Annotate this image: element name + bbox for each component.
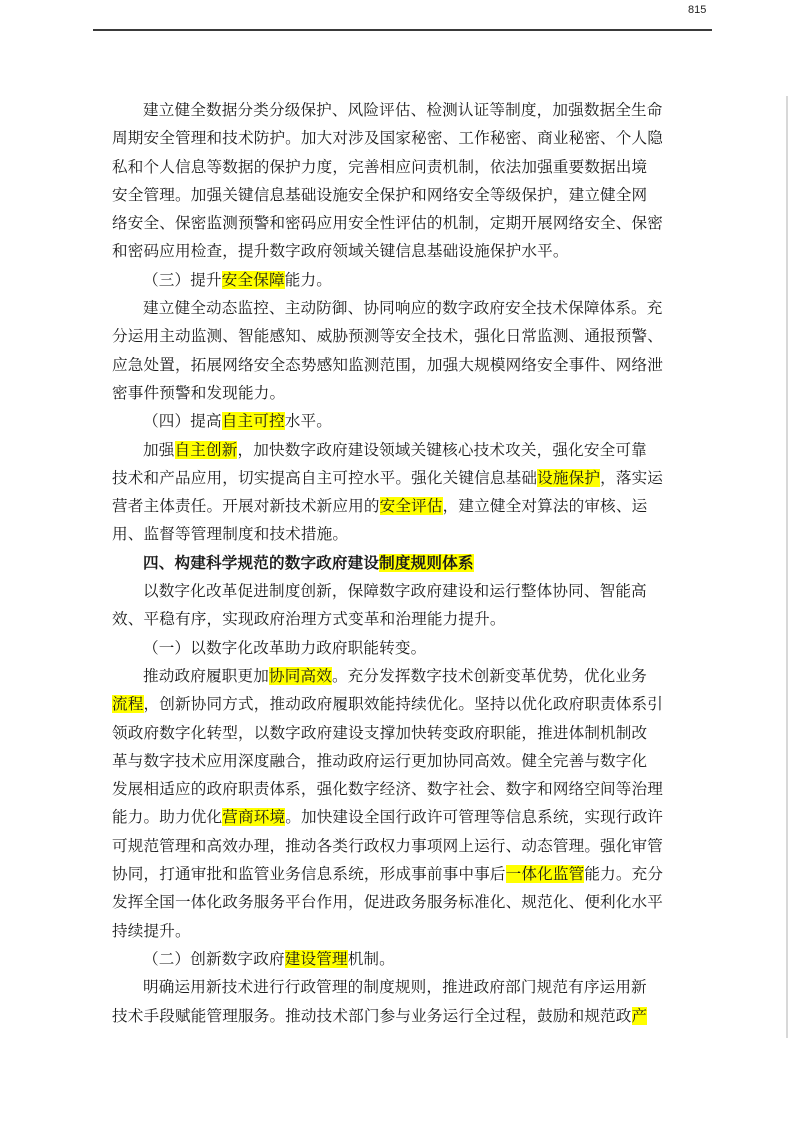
text-span: 建立健全数据分类分级保护、风险评估、检测认证等制度，加强数据全生命 xyxy=(143,101,663,119)
text-span: 用、监督等管理制度和技术措施。 xyxy=(112,525,348,543)
text-span: 四、构建科学规范的数字政府建设 xyxy=(143,554,379,572)
text-span: 机制。 xyxy=(348,950,395,968)
text-span: ，加快数字政府建设领域关键核心技术攻关，强化安全可靠 xyxy=(237,441,646,459)
subsection-heading: （四）提高自主可控水平。 xyxy=(112,407,662,435)
text-span: 能力。 xyxy=(285,271,332,289)
highlighted-text: 营商环境 xyxy=(222,808,285,826)
text-span: 安全管理。加强关键信息基础设施安全保护和网络安全等级保护，建立健全网 xyxy=(112,186,647,204)
text-line: 营者主体责任。开展对新技术新应用的安全评估，建立健全对算法的审核、运 xyxy=(112,492,662,520)
text-line: 发挥全国一体化政务服务平台作用，促进政务服务标准化、规范化、便利化水平 xyxy=(112,888,662,916)
text-span: 应急处置，拓展网络安全态势感知监测范围，加强大规模网络安全事件、网络泄 xyxy=(112,356,663,374)
highlighted-text: 制度规则体系 xyxy=(379,554,473,572)
text-line: 以数字化改革促进制度创新，保障数字政府建设和运行整体协同、智能高 xyxy=(112,577,662,605)
text-line: 革与数字技术应用深度融合，推动政府运行更加协同高效。健全完善与数字化 xyxy=(112,747,662,775)
highlighted-text: 自主创新 xyxy=(175,441,238,459)
highlighted-text: 设施保护 xyxy=(537,469,600,487)
text-line: 分运用主动监测、智能感知、威胁预测等安全技术，强化日常监测、通报预警、 xyxy=(112,322,662,350)
text-span: 推动政府履职更加 xyxy=(143,667,269,685)
text-line: 发展相适应的政府职责体系，强化数字经济、数字社会、数字和网络空间等治理 xyxy=(112,775,662,803)
text-span: （一）以数字化改革助力政府职能转变。 xyxy=(143,639,426,657)
text-span: 发展相适应的政府职责体系，强化数字经济、数字社会、数字和网络空间等治理 xyxy=(112,780,663,798)
text-span: 持续提升。 xyxy=(112,922,191,940)
text-span: 和密码应用检查，提升数字政府领域关键信息基础设施保护水平。 xyxy=(112,242,569,260)
text-span: 络安全、保密监测预警和密码应用安全性评估的机制，定期开展网络安全、保密 xyxy=(112,214,663,232)
text-span: 。充分发挥数字技术创新变革优势，优化业务 xyxy=(332,667,647,685)
text-line: 可规范管理和高效办理，推动各类行政权力事项网上运行、动态管理。强化审管 xyxy=(112,832,662,860)
header-rule xyxy=(93,29,712,31)
text-line: 技术和产品应用，切实提高自主可控水平。强化关键信息基础设施保护，落实运 xyxy=(112,464,662,492)
text-span: 。加快建设全国行政许可管理等信息系统，实现行政许 xyxy=(285,808,663,826)
highlighted-text: 一体化监管 xyxy=(506,865,585,883)
document-body: 建立健全数据分类分级保护、风险评估、检测认证等制度，加强数据全生命周期安全管理和… xyxy=(112,96,662,1030)
text-line: 密事件预警和发现能力。 xyxy=(112,379,662,407)
text-line: 加强自主创新，加快数字政府建设领域关键核心技术攻关，强化安全可靠 xyxy=(112,436,662,464)
text-span: 营者主体责任。开展对新技术新应用的 xyxy=(112,497,380,515)
text-line: 推动政府履职更加协同高效。充分发挥数字技术创新变革优势，优化业务 xyxy=(112,662,662,690)
highlighted-text: 协同高效 xyxy=(269,667,332,685)
text-span: 技术和产品应用，切实提高自主可控水平。强化关键信息基础 xyxy=(112,469,537,487)
text-span: （三）提升 xyxy=(143,271,222,289)
text-span: 明确运用新技术进行行政管理的制度规则，推进政府部门规范有序运用新 xyxy=(143,978,647,996)
highlighted-text: 安全评估 xyxy=(380,497,443,515)
highlighted-text: 安全保障 xyxy=(222,271,285,289)
text-span: 建立健全动态监控、主动防御、协同响应的数字政府安全技术保障体系。充 xyxy=(143,299,663,317)
text-line: 私和个人信息等数据的保护力度，完善相应问责机制，依法加强重要数据出境 xyxy=(112,153,662,181)
text-span: 分运用主动监测、智能感知、威胁预测等安全技术，强化日常监测、通报预警、 xyxy=(112,327,663,345)
page-edge-line xyxy=(786,96,788,1038)
text-span: 能力。助力优化 xyxy=(112,808,222,826)
text-span: 革与数字技术应用深度融合，推动政府运行更加协同高效。健全完善与数字化 xyxy=(112,752,647,770)
text-line: 能力。助力优化营商环境。加快建设全国行政许可管理等信息系统，实现行政许 xyxy=(112,803,662,831)
text-span: 水平。 xyxy=(285,412,332,430)
text-line: 和密码应用检查，提升数字政府领域关键信息基础设施保护水平。 xyxy=(112,237,662,265)
text-span: 效、平稳有序，实现政府治理方式变革和治理能力提升。 xyxy=(112,610,506,628)
text-span: 以数字化改革促进制度创新，保障数字政府建设和运行整体协同、智能高 xyxy=(143,582,647,600)
text-span: ，创新协同方式，推动政府履职效能持续优化。坚持以优化政府职责体系引 xyxy=(144,695,664,713)
text-span: 私和个人信息等数据的保护力度，完善相应问责机制，依法加强重要数据出境 xyxy=(112,158,647,176)
text-span: 发挥全国一体化政务服务平台作用，促进政务服务标准化、规范化、便利化水平 xyxy=(112,893,663,911)
subsection-heading: （三）提升安全保障能力。 xyxy=(112,266,662,294)
text-line: 络安全、保密监测预警和密码应用安全性评估的机制，定期开展网络安全、保密 xyxy=(112,209,662,237)
text-line: 建立健全数据分类分级保护、风险评估、检测认证等制度，加强数据全生命 xyxy=(112,96,662,124)
section-heading: 四、构建科学规范的数字政府建设制度规则体系 xyxy=(112,549,662,577)
text-line: 周期安全管理和技术防护。加大对涉及国家秘密、工作秘密、商业秘密、个人隐 xyxy=(112,124,662,152)
text-span: ，落实运 xyxy=(600,469,663,487)
text-line: 流程，创新协同方式，推动政府履职效能持续优化。坚持以优化政府职责体系引 xyxy=(112,690,662,718)
subsection-heading: （一）以数字化改革助力政府职能转变。 xyxy=(112,634,662,662)
page-number: 815 xyxy=(688,4,706,16)
text-line: 明确运用新技术进行行政管理的制度规则，推进政府部门规范有序运用新 xyxy=(112,973,662,1001)
text-line: 用、监督等管理制度和技术措施。 xyxy=(112,520,662,548)
text-line: 应急处置，拓展网络安全态势感知监测范围，加强大规模网络安全事件、网络泄 xyxy=(112,351,662,379)
text-span: 领政府数字化转型，以数字政府建设支撑加快转变政府职能，推进体制机制改 xyxy=(112,724,647,742)
text-span: 可规范管理和高效办理，推动各类行政权力事项网上运行、动态管理。强化审管 xyxy=(112,837,663,855)
text-span: 周期安全管理和技术防护。加大对涉及国家秘密、工作秘密、商业秘密、个人隐 xyxy=(112,129,663,147)
text-span: 密事件预警和发现能力。 xyxy=(112,384,285,402)
text-span: 协同，打通审批和监管业务信息系统，形成事前事中事后 xyxy=(112,865,506,883)
highlighted-text: 流程 xyxy=(112,695,144,713)
text-span: ，建立健全对算法的审核、运 xyxy=(443,497,648,515)
text-span: （二）创新数字政府 xyxy=(143,950,285,968)
text-span: 技术手段赋能管理服务。推动技术部门参与业务运行全过程，鼓励和规范政 xyxy=(112,1007,632,1025)
text-line: 持续提升。 xyxy=(112,917,662,945)
highlighted-text: 自主可控 xyxy=(222,412,285,430)
text-line: 效、平稳有序，实现政府治理方式变革和治理能力提升。 xyxy=(112,605,662,633)
highlighted-text: 建设管理 xyxy=(285,950,348,968)
text-line: 建立健全动态监控、主动防御、协同响应的数字政府安全技术保障体系。充 xyxy=(112,294,662,322)
highlighted-text: 产 xyxy=(632,1007,648,1025)
text-line: 安全管理。加强关键信息基础设施安全保护和网络安全等级保护，建立健全网 xyxy=(112,181,662,209)
text-span: 加强 xyxy=(143,441,175,459)
subsection-heading: （二）创新数字政府建设管理机制。 xyxy=(112,945,662,973)
text-line: 领政府数字化转型，以数字政府建设支撑加快转变政府职能，推进体制机制改 xyxy=(112,719,662,747)
text-line: 协同，打通审批和监管业务信息系统，形成事前事中事后一体化监管能力。充分 xyxy=(112,860,662,888)
text-span: 能力。充分 xyxy=(584,865,663,883)
text-line: 技术手段赋能管理服务。推动技术部门参与业务运行全过程，鼓励和规范政产 xyxy=(112,1002,662,1030)
text-span: （四）提高 xyxy=(143,412,222,430)
